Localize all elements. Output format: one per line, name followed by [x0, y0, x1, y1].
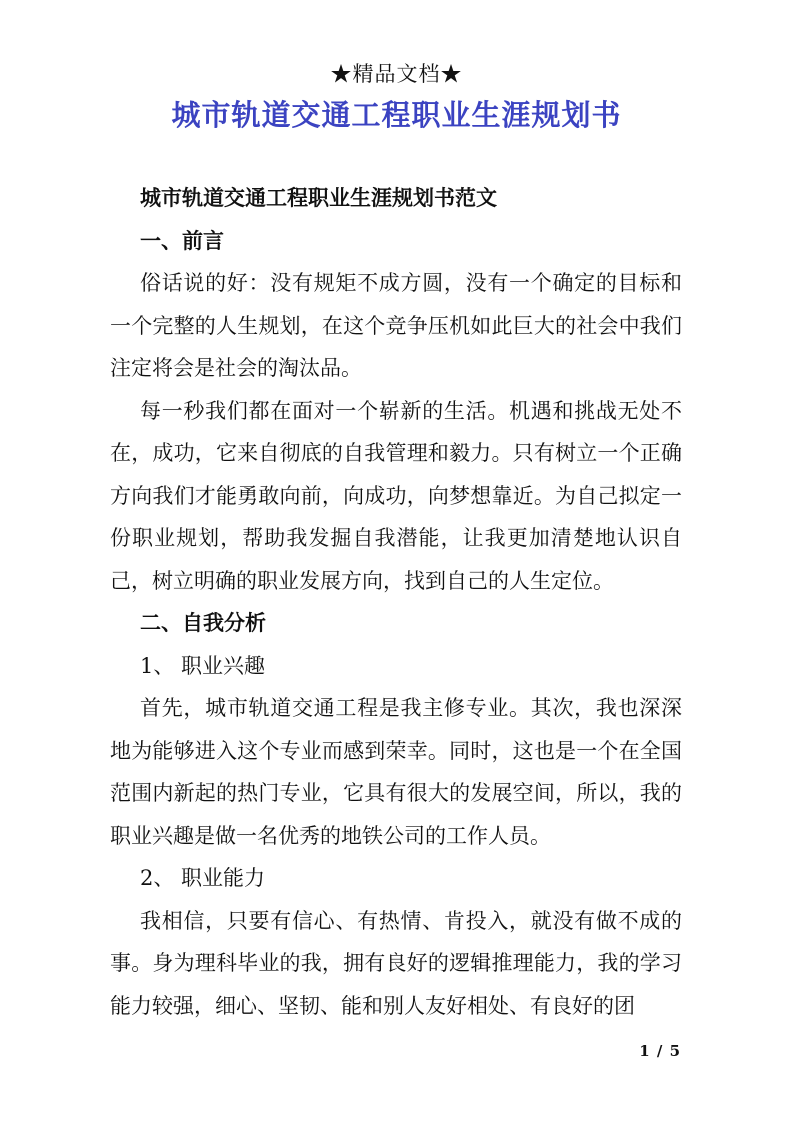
paragraph: 二、自我分析 [110, 602, 682, 645]
paragraph: 首先，城市轨道交通工程是我主修专业。其次，我也深深地为能够进入这个专业而感到荣幸… [110, 687, 682, 857]
header-mark: ★精品文档★ [0, 58, 793, 88]
paragraph: 2、 职业能力 [110, 857, 682, 900]
paragraph: 俗话说的好：没有规矩不成方圆，没有一个确定的目标和一个完整的人生规划，在这个竞争… [110, 262, 682, 390]
page-number: 1 / 5 [639, 1042, 681, 1060]
page-title: 城市轨道交通工程职业生涯规划书 [0, 93, 793, 134]
paragraph: 1、 职业兴趣 [110, 645, 682, 688]
document-body: 城市轨道交通工程职业生涯规划书范文一、前言俗话说的好：没有规矩不成方圆，没有一个… [110, 177, 682, 1027]
paragraph: 一、前言 [110, 220, 682, 263]
document-page: ★精品文档★ 城市轨道交通工程职业生涯规划书 城市轨道交通工程职业生涯规划书范文… [0, 0, 793, 1122]
paragraph: 城市轨道交通工程职业生涯规划书范文 [110, 177, 682, 220]
paragraph: 我相信，只要有信心、有热情、肯投入，就没有做不成的事。身为理科毕业的我，拥有良好… [110, 900, 682, 1028]
paragraph: 每一秒我们都在面对一个崭新的生活。机遇和挑战无处不在，成功，它来自彻底的自我管理… [110, 390, 682, 603]
